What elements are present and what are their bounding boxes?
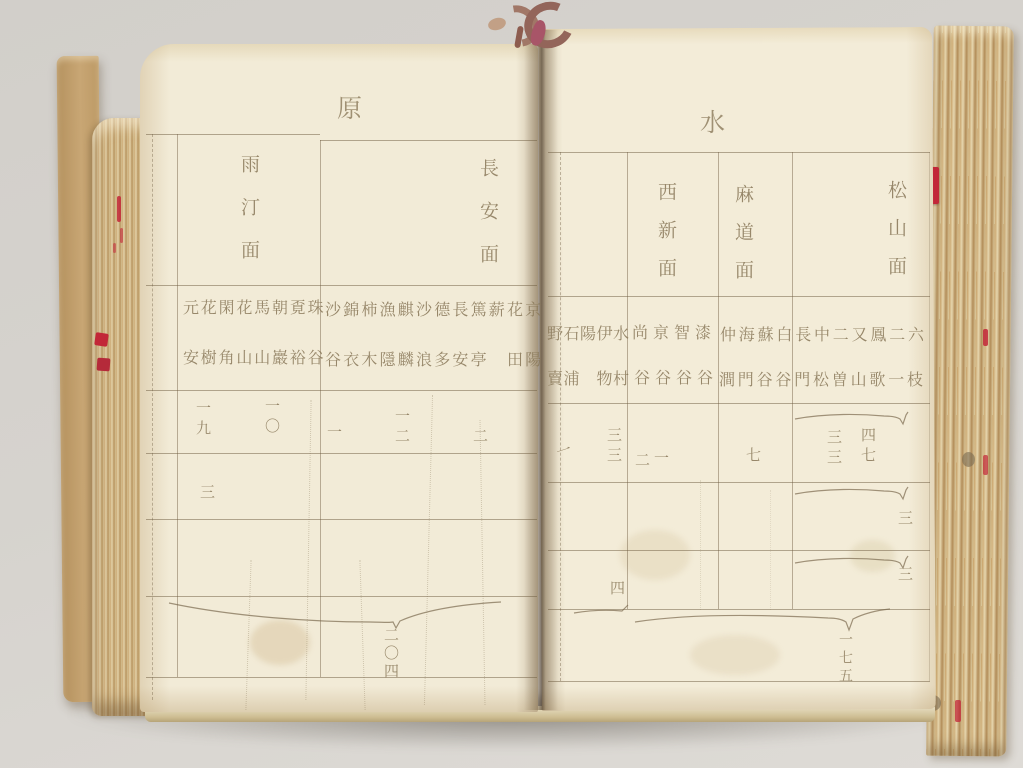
table-grid-line: [548, 550, 930, 551]
district-header: 西新面: [656, 182, 675, 296]
paper-stain: [690, 635, 780, 675]
page-crease: [770, 490, 771, 610]
tally-number: 一二: [394, 408, 409, 448]
table-grid-line: [548, 152, 930, 153]
sum-brace: [632, 606, 894, 636]
tally-number: 三三: [606, 427, 621, 467]
district-header: 雨汀面: [239, 154, 258, 283]
page-crease: [700, 480, 701, 610]
book-photo: 原 雨汀面 長安面 元花閑花馬朝覔珠 安樹角山山巖裕谷 沙錦柿漁麒沙德長篤薪花京…: [0, 0, 1023, 768]
tally-number: 二: [634, 452, 649, 472]
district-header: 長安面: [478, 158, 497, 287]
tally-number: 七: [745, 447, 760, 467]
paper-stain: [620, 530, 690, 580]
village-names-row: 賣浦 物村: [547, 371, 630, 387]
village-names-row: 沙錦柿漁麒沙德長篤薪花京: [325, 302, 543, 318]
village-names-row: 谷谷谷谷: [634, 370, 718, 386]
red-mark-right-stack: [955, 700, 961, 722]
red-tab-left-edge: [94, 332, 109, 347]
village-names-row: 安樹角山山巖裕谷: [183, 350, 325, 366]
right-page-stack: [926, 26, 1014, 757]
table-grid-line: [320, 140, 537, 141]
tally-number: 四七: [860, 427, 875, 467]
grand-total: 二〇四: [383, 627, 398, 681]
village-names-row: 尚亰智漆: [632, 325, 716, 341]
table-grid-line: [929, 152, 930, 681]
table-grid-line: [146, 134, 320, 135]
tally-number: 一: [326, 424, 341, 444]
village-names-row: 澗門谷谷門松曽山歌一枝: [719, 372, 926, 388]
table-grid-line: [146, 453, 537, 454]
table-grid-line: [548, 681, 930, 682]
red-mark-left-stack: [113, 243, 116, 253]
tally-number: 一〇: [264, 398, 279, 438]
grand-total: 一七五: [838, 632, 852, 686]
sum-brace: [572, 603, 630, 617]
tally-number: 二: [472, 428, 487, 448]
district-header: 松山面: [886, 180, 905, 294]
table-grid-line: [146, 390, 537, 391]
red-mark-right-stack: [983, 329, 988, 346]
village-names-row: 野石陽伊水: [547, 326, 630, 342]
tally-number: 一: [653, 450, 668, 470]
village-names-row: 元花閑花馬朝覔珠: [183, 300, 325, 316]
table-grid-line: [152, 134, 153, 700]
district-header: 麻道面: [733, 184, 752, 298]
table-grid-line: [177, 134, 178, 677]
tally-number: 一九: [195, 400, 210, 440]
sum-brace: [165, 597, 505, 635]
sum-brace: [792, 483, 910, 503]
red-mark-right-stack: [983, 455, 988, 475]
table-grid-line: [548, 403, 930, 404]
brown-spot-right-stack: [962, 452, 975, 467]
tally-number: 三: [897, 510, 912, 530]
table-grid-line: [560, 152, 561, 681]
county-header-right: 水: [700, 110, 725, 135]
village-names-row: 仲海蘇白長中二又鳳二六: [720, 327, 927, 343]
sum-brace: [792, 408, 910, 428]
tally-number: 三: [199, 484, 214, 504]
tally-number: 四: [609, 580, 624, 600]
red-mark-left-stack: [117, 196, 121, 222]
village-names-row: 谷衣木隱麟浪多安亭 田陽: [325, 352, 543, 368]
red-tab-left-edge: [97, 358, 111, 372]
county-header-left: 原: [337, 96, 362, 121]
tally-number: 三三: [826, 429, 841, 469]
sum-brace: [792, 552, 910, 572]
table-grid-line: [146, 677, 537, 678]
table-grid-line: [146, 519, 537, 520]
red-mark-left-stack: [120, 228, 123, 243]
